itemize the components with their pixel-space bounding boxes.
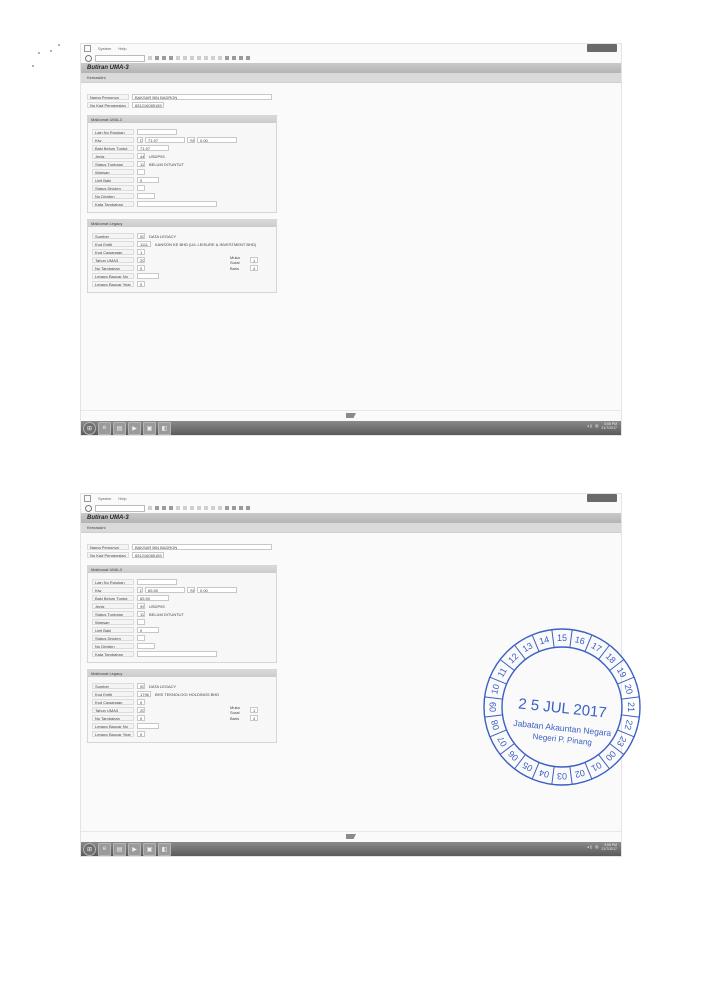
claim-status-code-field[interactable]: 111 — [137, 611, 145, 617]
branch-code-label: Kod Cawangan — [92, 249, 134, 255]
kiw-label: Kiw — [92, 587, 134, 593]
svg-text:21: 21 — [626, 702, 636, 712]
next-page-icon[interactable] — [211, 506, 215, 510]
unit-balance-field[interactable]: 0 — [137, 627, 159, 633]
branch-code-field[interactable]: 1 — [137, 249, 145, 255]
sap-logon-icon[interactable]: ▣ — [143, 843, 156, 856]
new-session-icon[interactable] — [225, 56, 229, 60]
sap-logon-icon[interactable]: ▣ — [143, 422, 156, 435]
find-icon[interactable] — [183, 506, 187, 510]
toolbar — [81, 503, 621, 513]
owner-name-row: Nama Pemunya BAKSAR BIN BADRON — [87, 543, 615, 551]
kiw-sh-field[interactable]: 0.00 — [197, 587, 237, 593]
svg-text:09: 09 — [488, 702, 498, 712]
prev-page-icon[interactable] — [204, 506, 208, 510]
other-ref-label: Lain No Rujukan — [92, 129, 134, 135]
volume-icon[interactable]: ◂ )) — [587, 424, 592, 428]
unclaimed-balance-field[interactable]: 65.50 — [137, 595, 169, 601]
source-text: DATA LEGACY — [149, 234, 176, 239]
dividend-status-field[interactable] — [137, 185, 145, 191]
line-field[interactable]: 4 — [250, 265, 258, 271]
uma-info-group: Maklumat UMA-3 Lain No Rujukan Kiw Dr 65… — [87, 565, 277, 663]
last-page-icon[interactable] — [218, 56, 222, 60]
legacy-info-title: Maklumat Legacy — [88, 220, 276, 227]
claim-status-label: Status Tuntutan — [92, 161, 134, 167]
legacy-info-title: Maklumat Legacy — [88, 670, 276, 677]
line-field[interactable]: 4 — [250, 715, 258, 721]
svg-text:07: 07 — [495, 735, 509, 749]
owner-name-label: Nama Pemunya — [87, 544, 129, 550]
source-label: Sumber — [92, 683, 134, 689]
line-label: Baris — [230, 266, 250, 271]
window-controls[interactable] — [587, 44, 617, 52]
uma-info-title: Maklumat UMA-3 — [88, 116, 276, 123]
uma-year-label: Tahun UMA3 — [92, 257, 134, 263]
window-menu-icon[interactable] — [84, 45, 91, 52]
svg-text:08: 08 — [489, 719, 501, 731]
svg-text:01: 01 — [590, 760, 604, 774]
sap-screenshot-1: System Help Butiran UMA-3 Kemaskini Nama… — [80, 43, 622, 436]
owner-name-field[interactable]: BAKSAR BIN BADRON — [132, 544, 272, 550]
status-bar — [81, 410, 621, 420]
sap-gui-icon[interactable]: ◧ — [158, 843, 171, 856]
entity-name-text: BHS TEKNOLOGI HOLDINGS BHD — [155, 692, 219, 697]
type-text: USDP93 — [149, 154, 165, 159]
svg-text:22: 22 — [623, 719, 635, 731]
page-no-field[interactable]: 1 — [250, 257, 258, 263]
menu-help[interactable]: Help — [118, 496, 126, 501]
exit-icon[interactable] — [162, 56, 166, 60]
additional-note-label: Kata Tambahan — [92, 651, 134, 657]
svg-text:23: 23 — [615, 735, 629, 749]
first-page-icon[interactable] — [197, 56, 201, 60]
claim-status-text: BELUM DITUNTUT — [149, 612, 184, 617]
menu-bar: System Help — [81, 494, 621, 503]
enter-icon[interactable] — [85, 505, 92, 512]
unit-balance-field[interactable]: 0 — [137, 177, 159, 183]
unclaimed-balance-label: Baki Belum Tuntut — [92, 145, 134, 151]
ic-number-label: No Kad Pengenalan — [87, 102, 129, 108]
clock[interactable]: 3:58 PM 21/7/2017 — [601, 422, 617, 430]
entity-code-field[interactable]: 1796 — [137, 691, 151, 697]
svg-text:18: 18 — [604, 651, 618, 665]
claim-status-code-field[interactable]: 111 — [137, 161, 145, 167]
svg-text:17: 17 — [590, 640, 604, 654]
heir-field[interactable] — [137, 169, 145, 175]
start-button-icon[interactable]: ⊞ — [83, 422, 96, 435]
heir-label: Warisan — [92, 619, 134, 625]
find-next-icon[interactable] — [190, 506, 194, 510]
svg-text:10: 10 — [489, 683, 501, 695]
back-icon[interactable] — [155, 506, 159, 510]
legacy-voucher-no-label: Legacy Baucar No — [92, 273, 134, 279]
additional-note-field[interactable] — [137, 201, 217, 207]
kiw-label: Kiw — [92, 137, 134, 143]
kiw-dr-code: Dr — [137, 137, 143, 143]
svg-text:16: 16 — [574, 634, 586, 646]
uma-year-field[interactable]: 2010 — [137, 707, 145, 713]
back-icon[interactable] — [155, 56, 159, 60]
additional-note-field[interactable] — [137, 651, 217, 657]
dividend-status-label: Status Dividen — [92, 635, 134, 641]
uma-year-field[interactable]: 2010 — [137, 257, 145, 263]
sap-logo-icon — [346, 413, 356, 418]
shortcut-icon[interactable] — [232, 506, 236, 510]
entity-code-label: Kod Entiti — [92, 691, 134, 697]
clock-date: 21/7/2017 — [601, 847, 617, 851]
ic-number-field[interactable]: 651216085189 — [132, 552, 164, 558]
next-page-icon[interactable] — [211, 56, 215, 60]
source-code-field[interactable]: 001 — [137, 233, 145, 239]
internet-explorer-icon[interactable]: e — [98, 843, 111, 856]
svg-text:19: 19 — [615, 666, 629, 680]
dividend-no-label: No Dividen — [92, 193, 134, 199]
network-icon[interactable]: ▥ — [595, 845, 598, 849]
sap-gui-icon[interactable]: ◧ — [158, 422, 171, 435]
internet-explorer-icon[interactable]: e — [98, 422, 111, 435]
clock[interactable]: 3:58 PM 21/7/2017 — [601, 843, 617, 851]
kiw-dr-field[interactable]: 71.97 — [145, 137, 185, 143]
svg-text:05: 05 — [521, 760, 535, 774]
svg-text:02: 02 — [574, 768, 586, 780]
dividend-status-field[interactable] — [137, 635, 145, 641]
source-label: Sumber — [92, 233, 134, 239]
help-icon[interactable] — [239, 56, 243, 60]
stamp-date: 2 5 JUL 2017 — [517, 695, 607, 721]
system-tray: ◂ )) ▥ 3:58 PM 21/7/2017 — [587, 843, 617, 851]
additional-no-label: No Tambahan — [92, 265, 134, 271]
edit-button[interactable]: Kemaskini — [81, 73, 621, 83]
branch-code-field[interactable]: 0 — [137, 699, 145, 705]
heir-label: Warisan — [92, 169, 134, 175]
print-icon[interactable] — [176, 56, 180, 60]
unclaimed-balance-field[interactable]: 71.97 — [137, 145, 169, 151]
legacy-info-group: Maklumat Legacy Sumber001DATA LEGACY Kod… — [87, 219, 277, 293]
svg-text:13: 13 — [521, 640, 535, 654]
cancel-icon[interactable] — [169, 506, 173, 510]
system-tray: ◂ )) ▥ 3:58 PM 21/7/2017 — [587, 422, 617, 430]
menu-system[interactable]: System — [98, 46, 111, 51]
ic-number-row: No Kad Pengenalan 651216085189 — [87, 101, 615, 109]
other-ref-label: Lain No Rujukan — [92, 579, 134, 585]
window-controls[interactable] — [587, 494, 617, 502]
owner-name-row: Nama Pemunya BAKSAR BIN BADRON — [87, 93, 615, 101]
other-ref-field[interactable] — [137, 579, 177, 585]
type-text: USDP93 — [149, 604, 165, 609]
svg-text:20: 20 — [623, 683, 635, 695]
windows-taskbar: ⊞ e ▤ ▶ ▣ ◧ ◂ )) ▥ 3:58 PM 21/7/2017 — [81, 842, 621, 856]
claim-status-label: Status Tuntutan — [92, 611, 134, 617]
unit-balance-label: Unit Baki — [92, 177, 134, 183]
svg-text:11: 11 — [496, 666, 509, 679]
legacy-voucher-year-label: Legacy Baucar Year — [92, 281, 134, 287]
type-code-field[interactable]: 444 — [137, 153, 145, 159]
clock-date: 21/7/2017 — [601, 426, 617, 430]
ic-number-row: No Kad Pengenalan 651216085189 — [87, 551, 615, 559]
received-date-stamp: 1112131415161718192021222300010203040506… — [480, 625, 645, 790]
owner-name-label: Nama Pemunya — [87, 94, 129, 100]
other-ref-field[interactable] — [137, 129, 177, 135]
first-page-icon[interactable] — [197, 506, 201, 510]
new-session-icon[interactable] — [225, 506, 229, 510]
legacy-info-group: Maklumat Legacy Sumber001DATA LEGACY Kod… — [87, 669, 277, 743]
menu-help[interactable]: Help — [118, 46, 126, 51]
edit-button[interactable]: Kemaskini — [81, 523, 621, 533]
screen-title: Butiran UMA-3 — [81, 513, 621, 523]
additional-no-field[interactable]: 0 — [137, 265, 145, 271]
legacy-voucher-no-field[interactable] — [137, 273, 159, 279]
print-icon[interactable] — [176, 506, 180, 510]
entity-name-text: KANSON KE BHD (U/L LEISURE & INVESTMENT … — [155, 242, 256, 247]
svg-text:06: 06 — [506, 749, 520, 763]
source-text: DATA LEGACY — [149, 684, 176, 689]
start-button-icon[interactable]: ⊞ — [83, 843, 96, 856]
ic-number-field[interactable]: 651216085189 — [132, 102, 164, 108]
kiw-dr-field[interactable]: 65.50 — [145, 587, 185, 593]
menu-bar: System Help — [81, 44, 621, 53]
kiw-sh-code: SH — [187, 587, 195, 593]
uma-year-label: Tahun UMA3 — [92, 707, 134, 713]
prev-page-icon[interactable] — [204, 56, 208, 60]
volume-icon[interactable]: ◂ )) — [587, 845, 592, 849]
legacy-voucher-no-field[interactable] — [137, 723, 159, 729]
svg-text:14: 14 — [538, 634, 550, 646]
sap-logo-icon — [346, 834, 356, 839]
screen-title: Butiran UMA-3 — [81, 63, 621, 73]
status-bar — [81, 831, 621, 841]
shortcut-icon[interactable] — [232, 56, 236, 60]
svg-text:03: 03 — [557, 771, 567, 781]
file-explorer-icon[interactable]: ▤ — [113, 422, 126, 435]
claim-status-text: BELUM DITUNTUT — [149, 162, 184, 167]
kiw-sh-field[interactable]: 0.00 — [197, 137, 237, 143]
ic-number-label: No Kad Pengenalan — [87, 552, 129, 558]
additional-note-label: Kata Tambahan — [92, 201, 134, 207]
uma-info-title: Maklumat UMA-3 — [88, 566, 276, 573]
type-code-field[interactable]: 999 — [137, 603, 145, 609]
svg-text:04: 04 — [538, 768, 550, 780]
branch-code-label: Kod Cawangan — [92, 699, 134, 705]
source-code-field[interactable]: 001 — [137, 683, 145, 689]
uma-info-group: Maklumat UMA-3 Lain No Rujukan Kiw Dr 71… — [87, 115, 277, 213]
legacy-voucher-no-label: Legacy Baucar No — [92, 723, 134, 729]
owner-name-field[interactable]: BAKSAR BIN BADRON — [132, 94, 272, 100]
kiw-dr-code: Dr — [137, 587, 143, 593]
scan-specks — [30, 40, 70, 80]
dividend-status-label: Status Dividen — [92, 185, 134, 191]
dividend-no-label: No Dividen — [92, 643, 134, 649]
command-field[interactable] — [95, 505, 145, 512]
line-label: Baris — [230, 716, 250, 721]
save-icon[interactable] — [148, 56, 152, 60]
cancel-icon[interactable] — [169, 56, 173, 60]
additional-no-label: No Tambahan — [92, 715, 134, 721]
unclaimed-balance-label: Baki Belum Tuntut — [92, 595, 134, 601]
type-label: Jenis — [92, 153, 134, 159]
layout-icon[interactable] — [246, 56, 250, 60]
find-next-icon[interactable] — [190, 56, 194, 60]
help-icon[interactable] — [239, 506, 243, 510]
svg-text:00: 00 — [604, 749, 618, 763]
menu-system[interactable]: System — [98, 496, 111, 501]
additional-no-field[interactable]: 0 — [137, 715, 145, 721]
file-explorer-icon[interactable]: ▤ — [113, 843, 126, 856]
windows-taskbar: ⊞ e ▤ ▶ ▣ ◧ ◂ )) ▥ 3:58 PM 21/7/2017 — [81, 421, 621, 435]
legacy-voucher-year-label: Legacy Baucar Year — [92, 731, 134, 737]
media-player-icon[interactable]: ▶ — [128, 422, 141, 435]
svg-text:15: 15 — [557, 633, 567, 643]
legacy-voucher-year-field[interactable]: 0 — [137, 281, 145, 287]
exit-icon[interactable] — [162, 506, 166, 510]
type-label: Jenis — [92, 603, 134, 609]
entity-code-field[interactable]: 1111 — [137, 241, 151, 247]
enter-icon[interactable] — [85, 55, 92, 62]
window-menu-icon[interactable] — [84, 495, 91, 502]
media-player-icon[interactable]: ▶ — [128, 843, 141, 856]
layout-icon[interactable] — [246, 506, 250, 510]
save-icon[interactable] — [148, 506, 152, 510]
unit-balance-label: Unit Baki — [92, 627, 134, 633]
heir-field[interactable] — [137, 619, 145, 625]
entity-code-label: Kod Entiti — [92, 241, 134, 247]
page-no-field[interactable]: 1 — [250, 707, 258, 713]
dividend-no-field[interactable] — [137, 193, 155, 199]
svg-text:12: 12 — [506, 651, 520, 665]
toolbar — [81, 53, 621, 63]
find-icon[interactable] — [183, 56, 187, 60]
legacy-voucher-year-field[interactable]: 0 — [137, 731, 145, 737]
command-field[interactable] — [95, 55, 145, 62]
network-icon[interactable]: ▥ — [595, 424, 598, 428]
last-page-icon[interactable] — [218, 506, 222, 510]
dividend-no-field[interactable] — [137, 643, 155, 649]
kiw-sh-code: SH — [187, 137, 195, 143]
